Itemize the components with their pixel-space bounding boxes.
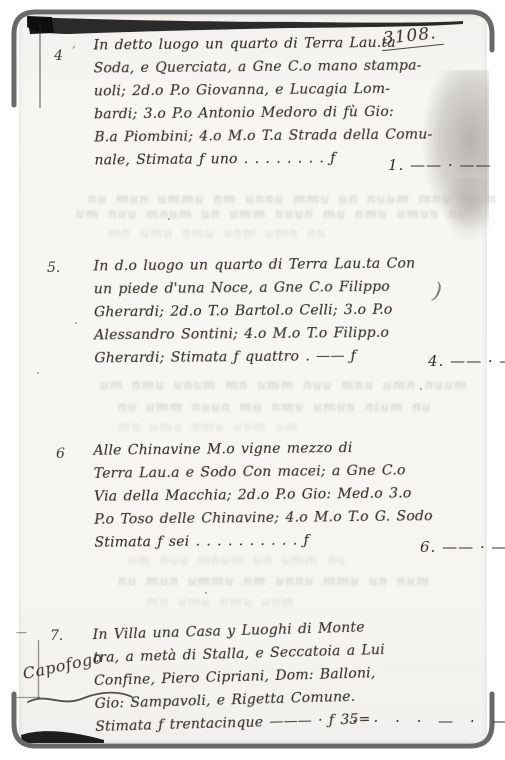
paper-speck: [168, 218, 170, 220]
paper-speck: [75, 322, 77, 324]
bleedthrough-text: um nuu mnum un umm nuun mu nmu umun nu: [76, 207, 468, 222]
entry-7-amount: · · · · — · —: [352, 712, 505, 730]
manuscript-line: Gherardi; 2d.o T.o Bartol.o Celli; 3.o P…: [94, 299, 416, 325]
entry-4-amount: 1. —— · ——: [388, 156, 491, 174]
manuscript-line: nale, Stimata ƒ uno . . . . . . . . ƒ: [94, 147, 432, 173]
manuscript-line: In d.o luogo un quarto di Terra Lau.ta C…: [94, 253, 416, 279]
paper-speck: [37, 372, 39, 374]
manuscript-line: Soda, e Querciata, a Gne C.o mano stampa…: [94, 55, 432, 81]
bleedthrough-text: nu mun ummu nm unnu mmu un nuum mnu umm …: [88, 192, 505, 207]
entry-5-amount: 4. —— · ——: [428, 352, 505, 370]
manuscript-line: Gherardi; Stimata ƒ quattro . —— ƒ: [94, 345, 416, 371]
manuscript-line: uoli; 2d.o P.o Giovanna, e Lucagia Lom-: [94, 78, 432, 104]
manuscript-line: B.a Piombini; 4.o M.o T.a Strada della C…: [94, 124, 432, 150]
paper-speck: [420, 388, 422, 390]
bleedthrough-text: nu umm nuun mu nmu umun nium nu: [118, 400, 432, 415]
entry-7-number: 7.: [50, 628, 63, 644]
bleedthrough-text: mn umu nmu unm umn nu: [108, 226, 327, 241]
entry-6-lines: Alle Chinavine M.o vigne mezzo di Terra …: [93, 436, 433, 555]
entry-5-lines: In d.o luogo un quarto di Terra Lau.ta C…: [94, 253, 417, 371]
entry-4-lines: In detto luogo un quarto di Terra Lau.ta…: [93, 32, 432, 173]
entry-7-lines: In Villa una Casa y Luoghi di Monte tra,…: [92, 616, 387, 739]
entry-4-number: 4: [54, 48, 63, 64]
document-viewer: 3108. nu mun ummu nm unnu mmu un nuum mn…: [0, 0, 505, 760]
manuscript-line: bardi; 3.o P.o Antonio Medoro di fù Gio:: [94, 101, 432, 127]
bleedthrough-text: nu mun ummu nm unnu mmu un num: [118, 574, 430, 589]
entry-5-number: 5.: [47, 260, 60, 276]
margin-dash: —: [16, 626, 27, 639]
bleedthrough-text: mn umu nmu unm: [146, 595, 295, 610]
bleedthrough-text: um nuu mnum un umm nu: [128, 553, 347, 568]
entry-6-number: 6: [56, 446, 65, 462]
manuscript-line: P.o Toso delle Chinavine; 4.o M.o T.o G.…: [94, 505, 433, 532]
manuscript-line: In detto luogo un quarto di Terra Lau.ta: [93, 32, 431, 58]
entry-6-amount: 6. —— · ——: [420, 538, 505, 556]
manuscript-line: un piede d'una Noce, a Gne C.o Filippo: [94, 276, 416, 302]
paper-speck: [205, 592, 207, 594]
manuscript-line: Alessandro Sontini; 4.o M.o T.o Filipp.o: [94, 322, 416, 348]
bleedthrough-text: um nmu unum mn umm nuu mnu umn nuum: [100, 378, 468, 393]
manuscript-line: Stimata ƒ sei . . . . . . . . . . ƒ: [94, 528, 433, 555]
bleedthrough-text: mn umu nmu unm um: [118, 420, 299, 435]
